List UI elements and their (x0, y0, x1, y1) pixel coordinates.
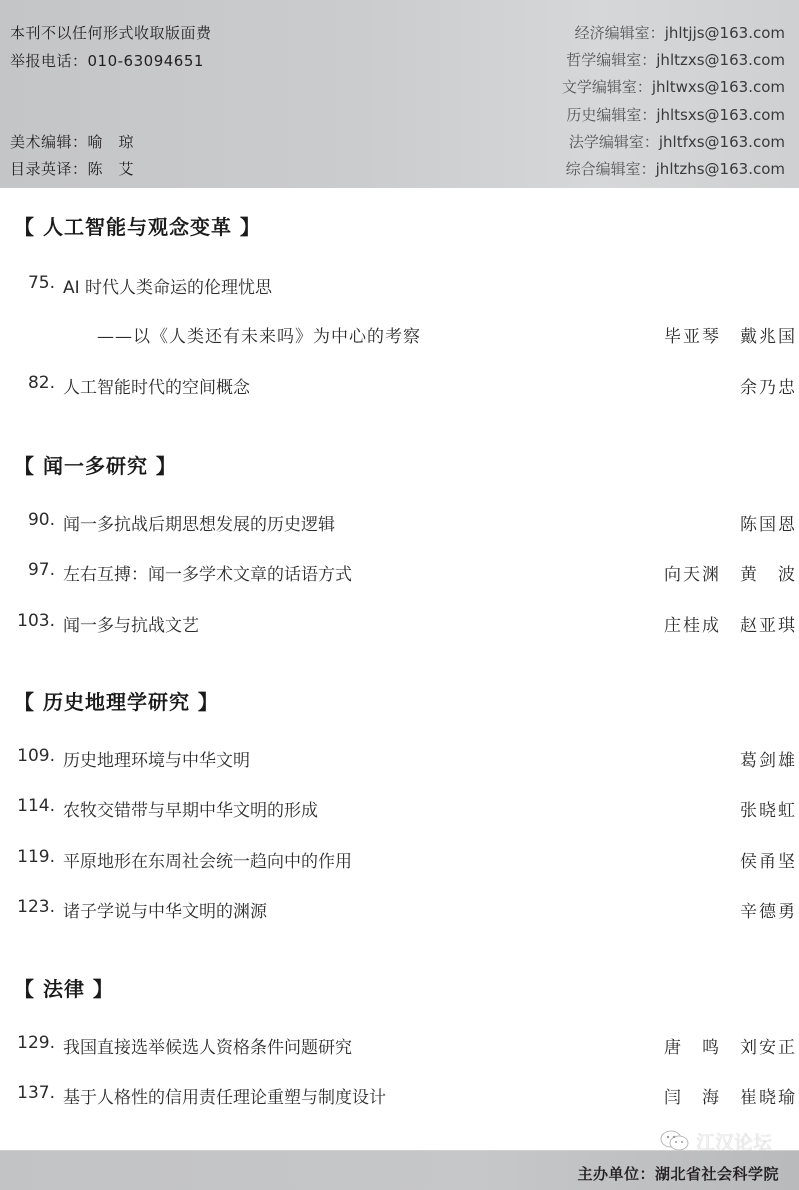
article-title: 闻一多与抗战文艺 (63, 611, 199, 636)
office-philosophy: 哲学编辑室：jhltzxs@163.com (566, 49, 785, 70)
fee-notice: 本刊不以任何形式收取版面费 (10, 22, 212, 43)
page-number: 114. (17, 796, 55, 816)
toc-entry[interactable]: 82. 人工智能时代的空间概念 余乃忠 (0, 373, 799, 397)
toc-entry[interactable]: 75. AI 时代人类命运的伦理忧思 (0, 273, 799, 297)
article-title: 我国直接选举候选人资格条件问题研究 (63, 1033, 352, 1058)
office-history: 历史编辑室：jhltsxs@163.com (566, 104, 785, 125)
office-email[interactable]: jhltsxs@163.com (656, 106, 785, 124)
hotline: 举报电话：010-63094651 (10, 50, 204, 71)
toc-entry[interactable]: 97. 左右互搏：闻一多学术文章的话语方式 向天渊 黄 波 (0, 560, 799, 584)
art-editor-name: 喻 琼 (88, 133, 135, 151)
header-band: 本刊不以任何形式收取版面费 举报电话：010-63094651 美术编辑：喻 琼… (0, 0, 799, 188)
article-authors: 向天渊 黄 波 (664, 560, 797, 585)
article-title: 历史地理环境与中华文明 (63, 746, 250, 771)
article-title: 平原地形在东周社会统一趋向中的作用 (63, 847, 352, 872)
office-literature: 文学编辑室：jhltwxs@163.com (562, 76, 785, 97)
page-number: 119. (17, 847, 55, 867)
toc-entry[interactable]: 90. 闻一多抗战后期思想发展的历史逻辑 陈国恩 (0, 510, 799, 534)
page-number: 90. (28, 510, 55, 530)
article-title: 农牧交错带与早期中华文明的形成 (63, 796, 318, 821)
article-authors: 庄桂成 赵亚琪 (664, 611, 797, 636)
page-number: 97. (28, 560, 55, 580)
page-number: 137. (17, 1083, 55, 1103)
watermark: 江汉论坛 (660, 1128, 772, 1157)
toc-entry[interactable]: 119. 平原地形在东周社会统一趋向中的作用 侯甬坚 (0, 847, 799, 871)
art-editor: 美术编辑：喻 琼 (10, 131, 134, 152)
article-title: AI 时代人类命运的伦理忧思 (63, 273, 272, 298)
article-authors: 侯甬坚 (740, 847, 797, 872)
article-title: 人工智能时代的空间概念 (63, 373, 250, 398)
section-title-historical-geography: 【 历史地理学研究 】 (14, 686, 219, 715)
toc-entry[interactable]: 137. 基于人格性的信用责任理论重塑与制度设计 闫 海 崔晓瑜 (0, 1083, 799, 1107)
article-authors: 毕亚琴 戴兆国 (664, 322, 797, 347)
article-authors: 余乃忠 (740, 373, 797, 398)
office-label: 经济编辑室： (575, 24, 665, 42)
art-editor-label: 美术编辑： (10, 133, 88, 151)
office-email[interactable]: jhltjjs@163.com (665, 24, 785, 42)
translator: 目录英译：陈 艾 (10, 158, 134, 179)
office-label: 综合编辑室： (566, 160, 656, 178)
article-title: 基于人格性的信用责任理论重塑与制度设计 (63, 1083, 386, 1108)
office-label: 文学编辑室： (562, 78, 652, 96)
article-title: 诸子学说与中华文明的渊源 (63, 897, 267, 922)
office-label: 历史编辑室： (566, 106, 656, 124)
translator-name: 陈 艾 (88, 160, 135, 178)
office-label: 法学编辑室： (569, 133, 659, 151)
section-title-wenyiduo: 【 闻一多研究 】 (14, 450, 177, 479)
toc-entry[interactable]: 103. 闻一多与抗战文艺 庄桂成 赵亚琪 (0, 611, 799, 635)
watermark-text: 江汉论坛 (696, 1132, 772, 1154)
hotline-label: 举报电话： (10, 52, 88, 70)
office-label: 哲学编辑室： (566, 51, 656, 69)
toc-entry-subtitle-row: ——以《人类还有未来吗》为中心的考察 毕亚琴 戴兆国 (0, 322, 799, 346)
office-law: 法学编辑室：jhltfxs@163.com (569, 131, 785, 152)
article-title: 闻一多抗战后期思想发展的历史逻辑 (63, 510, 335, 535)
page-number: 129. (17, 1033, 55, 1053)
page-number: 82. (28, 373, 55, 393)
section-title-law: 【 法律 】 (14, 973, 114, 1002)
office-email[interactable]: jhltfxs@163.com (659, 133, 785, 151)
article-authors: 唐 鸣 刘安正 (664, 1033, 797, 1058)
wechat-icon (660, 1130, 690, 1157)
translator-label: 目录英译： (10, 160, 88, 178)
office-email[interactable]: jhltwxs@163.com (652, 78, 785, 96)
toc-entry[interactable]: 114. 农牧交错带与早期中华文明的形成 张晓虹 (0, 796, 799, 820)
page-number: 75. (28, 273, 55, 293)
article-subtitle: ——以《人类还有未来吗》为中心的考察 (97, 322, 421, 347)
office-economics: 经济编辑室：jhltjjs@163.com (575, 22, 785, 43)
article-authors: 葛剑雄 (740, 746, 797, 771)
article-authors: 闫 海 崔晓瑜 (664, 1083, 797, 1108)
toc-entry[interactable]: 129. 我国直接选举候选人资格条件问题研究 唐 鸣 刘安正 (0, 1033, 799, 1057)
page-number: 123. (17, 897, 55, 917)
article-authors: 陈国恩 (740, 510, 797, 535)
office-general: 综合编辑室：jhltzhs@163.com (566, 158, 785, 179)
toc-entry[interactable]: 109. 历史地理环境与中华文明 葛剑雄 (0, 746, 799, 770)
sponsor: 主办单位：湖北省社会科学院 (577, 1163, 779, 1184)
office-email[interactable]: jhltzxs@163.com (656, 51, 785, 69)
article-title: 左右互搏：闻一多学术文章的话语方式 (63, 560, 352, 585)
hotline-number: 010-63094651 (88, 52, 204, 70)
article-authors: 张晓虹 (740, 796, 797, 821)
page-number: 109. (17, 746, 55, 766)
page-number: 103. (17, 611, 55, 631)
article-authors: 辛德勇 (740, 897, 797, 922)
toc-entry[interactable]: 123. 诸子学说与中华文明的渊源 辛德勇 (0, 897, 799, 921)
section-title-ai: 【 人工智能与观念变革 】 (14, 211, 261, 240)
office-email[interactable]: jhltzhs@163.com (656, 160, 785, 178)
